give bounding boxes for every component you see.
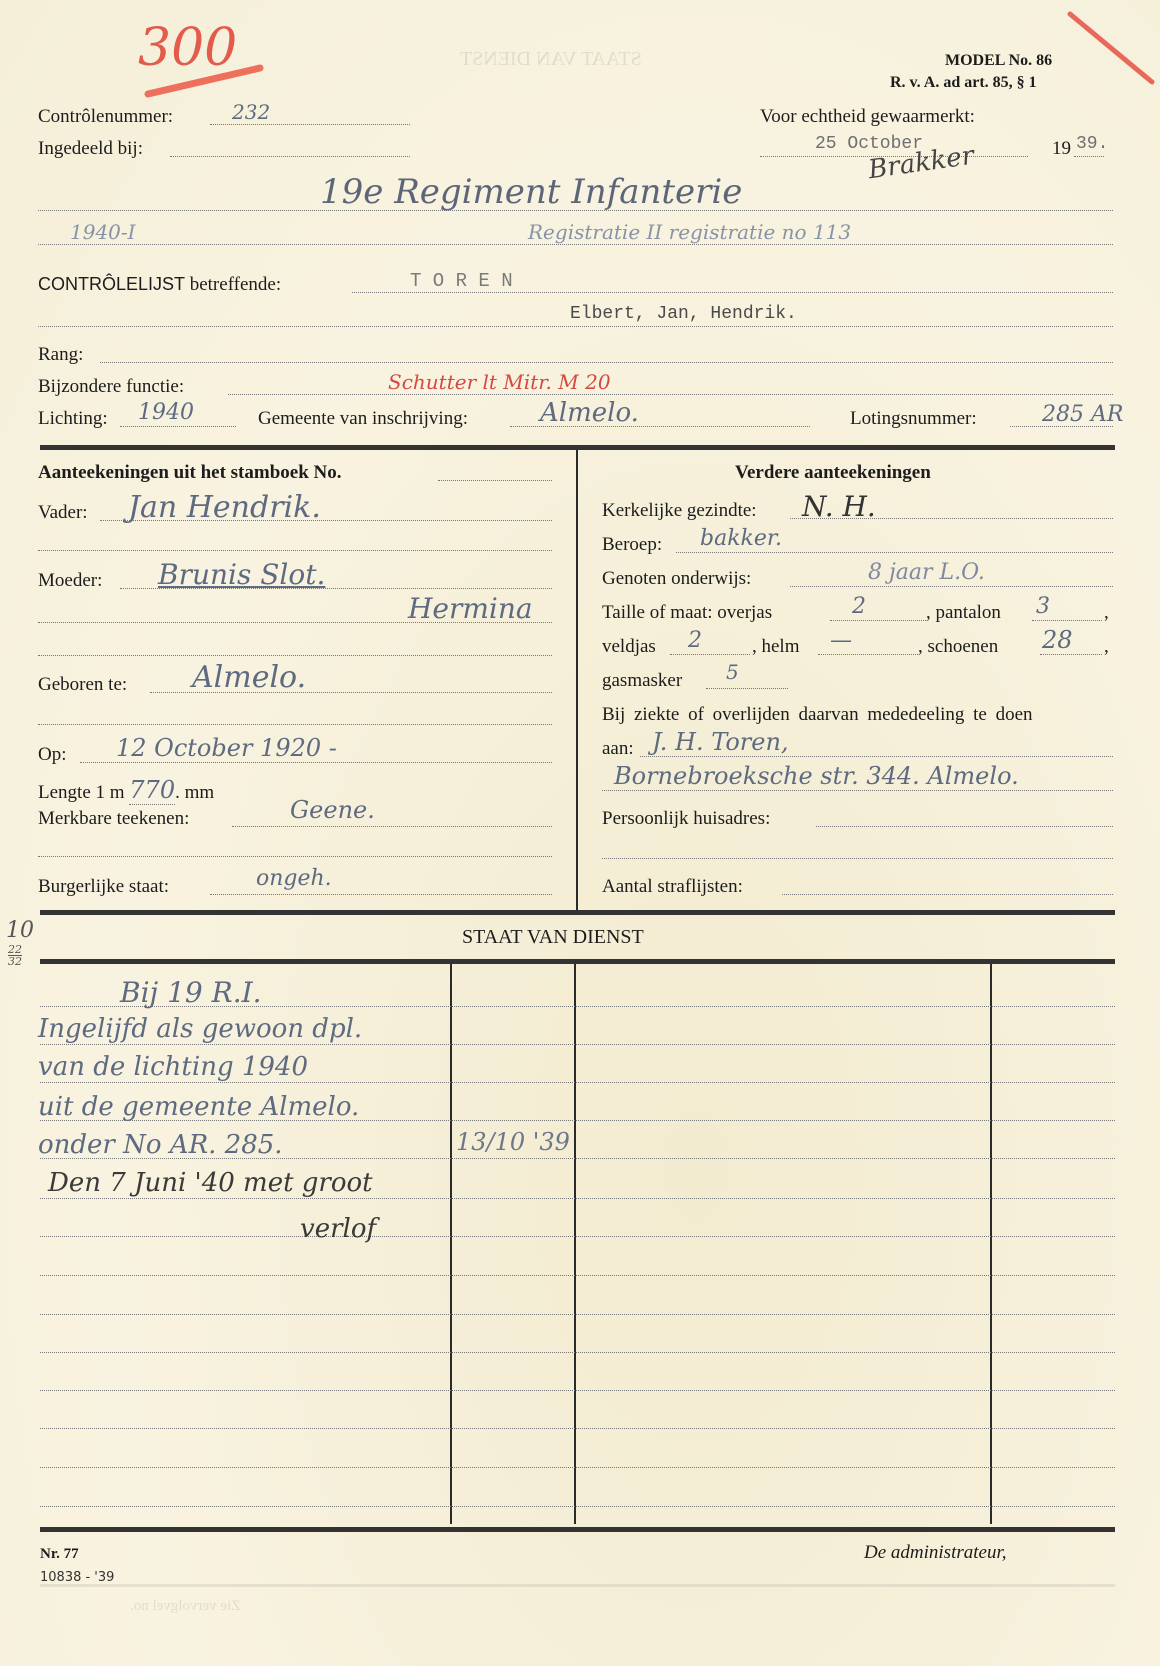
stamboek-dots [438,480,552,481]
aan-label: aan: [602,738,634,760]
ghost-title: STAAT VAN DIENST [460,48,642,71]
helm-label: , helm [752,636,800,658]
geboren-label: Geboren te: [38,674,127,696]
address-dots [602,790,1113,791]
overjas-dots [830,620,926,621]
veldjas-value[interactable]: 2 [688,628,702,653]
beroep-value[interactable]: bakker. [700,526,782,551]
given-names-dots [38,326,1113,327]
burgerlijke-label: Burgerlijke staat: [38,876,169,898]
service-row-line [40,1044,1115,1045]
pantalon-label: , pantalon [926,602,1001,624]
aan-address[interactable]: Bornebroeksche str. 344. Almelo. [614,762,1019,790]
service-row-line [40,1428,1115,1429]
straflijsten-label: Aantal straflijsten: [602,876,743,898]
merkbare-dots [232,826,552,827]
registration-dots [38,244,1113,245]
service-row-line [40,1467,1115,1468]
lichting-dots [120,426,236,427]
pantalon-dots [1032,620,1102,621]
surname-dots [352,292,1113,293]
stamboek-title: Aanteekeningen uit het stamboek No. [38,462,341,484]
service-col-2 [574,964,576,1524]
moeder-value[interactable]: Brunis Slot. [158,558,325,591]
ziekte-label: Bij ziekte of overlijden daarvan mededee… [602,704,1033,726]
service-row-line [40,1352,1115,1353]
print-code: 10838 - '39 [40,1570,114,1585]
lotingsnummer-value[interactable]: 285 AR [1042,402,1123,427]
echtheid-year-prefix: 19 [1052,138,1071,160]
gemeente-value[interactable]: Almelo. [540,398,639,428]
moeder-value-2[interactable]: Hermina [408,592,533,625]
ingedeeld-label: Ingedeeld bij: [38,138,143,160]
helm-dots [818,654,918,655]
schoenen-label: , schoenen [918,636,998,658]
vader-value[interactable]: Jan Hendrik. [128,490,321,525]
gasmasker-dots [706,688,788,689]
kerkelijke-label: Kerkelijke gezindte: [602,500,757,522]
margin-note-top: 10 [6,918,34,943]
surname-value[interactable]: T O R E N [410,270,513,292]
service-row-line [40,1275,1115,1276]
lengte-label: Lengte 1 m 770. mm [38,776,214,804]
echtheid-year[interactable]: 39. [1076,134,1108,154]
burgerlijke-dots [210,894,552,895]
echtheid-label: Voor echtheid gewaarmerkt: [760,106,975,128]
gemeente-label: Gemeente van inschrijving: [258,408,468,430]
veldjas-dots [670,654,750,655]
huisadres-label: Persoonlijk huisadres: [602,808,770,830]
echtheid-year-dots [1074,156,1104,157]
service-row-line [40,1236,1115,1237]
pantalon-value[interactable]: 3 [1036,594,1050,619]
service-entry[interactable]: Bij 19 R.I. [120,976,262,1009]
overjas-value[interactable]: 2 [852,594,866,619]
service-entry[interactable]: Ingelijfd als gewoon dpl. [38,1014,362,1044]
onderwijs-dots [790,586,1113,587]
column-divider [576,450,578,912]
service-row-line [40,1390,1115,1391]
administrateur-label: De administrateur, [864,1542,1007,1564]
service-row-line [40,1082,1115,1083]
verdere-title: Verdere aanteekeningen [735,462,931,484]
lichting-label: Lichting: [38,408,108,430]
rang-label: Rang: [38,344,83,366]
service-col-3 [990,964,992,1524]
service-entry[interactable]: uit de gemeente Almelo. [38,1092,359,1122]
service-row-line [40,1314,1115,1315]
lotingsnummer-label: Lotingsnummer: [850,408,977,430]
lengte-label-post: . mm [175,782,214,803]
beroep-label: Beroep: [602,534,662,556]
functie-dots [228,394,1113,395]
geboren-value[interactable]: Almelo. [192,660,306,695]
controlenummer-value[interactable]: 232 [232,100,270,124]
vader-dots-2 [38,550,552,551]
moeder-dots-3 [38,655,552,656]
service-entry[interactable]: Den 7 Juni '40 met groot [48,1168,373,1198]
burgerlijke-value[interactable]: ongeh. [256,866,332,891]
service-entry[interactable]: onder No AR. 285. [38,1130,283,1160]
rang-dots [100,362,1113,363]
registration-left[interactable]: 1940-I [70,220,136,244]
functie-label: Bijzondere functie: [38,376,184,398]
merkbare-dots-2 [38,856,552,857]
service-entry[interactable]: van de lichting 1940 [38,1052,308,1082]
geboren-dots-2 [38,724,552,725]
kerkelijke-value[interactable]: N. H. [802,490,876,523]
model-number: MODEL No. 86 [945,52,1052,70]
service-col-1 [450,964,452,1524]
op-label: Op: [38,744,67,766]
huisadres-dots [816,826,1113,827]
ghost-rule [40,1584,1115,1587]
op-dots [80,762,552,763]
red-pencil-mark [1060,8,1160,88]
margin-note-fraction: 22 32 [8,944,22,967]
lengte-label-pre: Lengte 1 m [38,782,125,803]
comma: , [1104,602,1109,624]
merkbare-label: Merkbare teekenen: [38,808,189,830]
beroep-dots [676,552,1113,553]
gasmasker-label: gasmasker [602,670,682,692]
margin-fraction-bottom: 32 [8,956,22,967]
staat-header-rule [40,959,1115,964]
comma-2: , [1104,636,1109,658]
controlenummer-label: Contrôlenummer: [38,106,173,128]
aan-value[interactable]: J. H. Toren, [652,728,789,756]
aan-dots [640,756,1113,757]
onderwijs-value[interactable]: 8 jaar L.O. [868,560,985,585]
service-row-line [40,1198,1115,1199]
ghost-footer: Zie vervolgvel no. [130,1598,240,1615]
schoenen-value[interactable]: 28 [1042,626,1073,654]
red-underline [140,62,270,102]
lengte-value[interactable]: 770 [129,776,175,805]
controlelijst-title: CONTRÔLELIJST [38,274,185,294]
rva-reference: R. v. A. ad art. 85, § 1 [890,74,1037,92]
ingedeeld-dots [170,156,410,157]
merkbare-value[interactable]: Geene. [290,796,375,824]
schoenen-dots [1040,654,1102,655]
gasmasker-value[interactable]: 5 [726,660,739,684]
registration-right[interactable]: Registratie II registratie no 113 [528,220,851,244]
op-value[interactable]: 12 October 1920 - [116,734,337,762]
betreffende-label: betreffende: [190,274,281,295]
regiment-line[interactable]: 19e Regiment Infanterie [320,172,742,212]
taille-label: Taille of maat: overjas [602,602,772,624]
huisadres-dots-2 [602,858,1113,859]
given-names-value[interactable]: Elbert, Jan, Hendrik. [570,304,797,324]
veldjas-label: veldjas [602,636,656,658]
controlenummer-dots [210,124,410,125]
service-row-line [40,1506,1115,1507]
helm-value[interactable]: — [830,628,852,653]
onderwijs-label: Genoten onderwijs: [602,568,751,590]
lichting-value[interactable]: 1940 [138,400,194,425]
service-entry[interactable]: verlof [300,1214,376,1244]
form-number: Nr. 77 [40,1546,79,1563]
controlelijst-label: CONTRÔLELIJST betreffende: [38,274,281,296]
service-date-entry[interactable]: 13/10 '39 [456,1128,570,1156]
staat-bottom-rule [40,1527,1115,1532]
straflijsten-dots [782,894,1113,895]
staat-top-rule [40,910,1115,915]
functie-value[interactable]: Schutter lt Mitr. M 20 [388,370,611,394]
moeder-label: Moeder: [38,570,102,592]
staat-van-dienst-title: STAAT VAN DIENST [462,926,644,949]
vader-label: Vader: [38,502,88,524]
